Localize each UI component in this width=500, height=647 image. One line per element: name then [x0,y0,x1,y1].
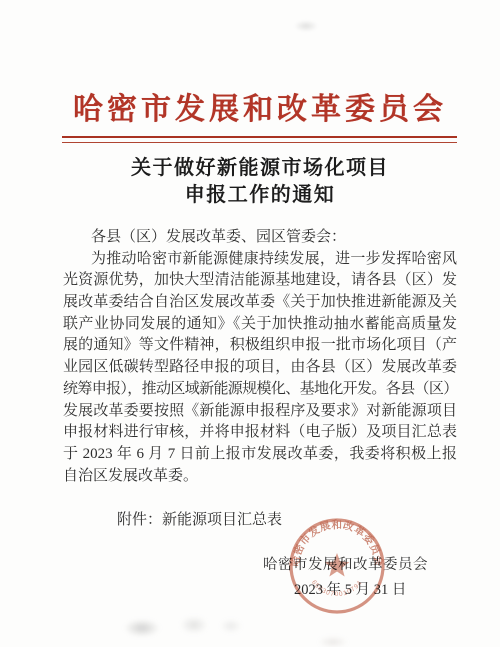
body-line: 联产业协同发展的通知》《关于加快推动抽水蓄能高质量发 [63,314,457,336]
document-title: 关于做好新能源市场化项目 申报工作的通知 [63,155,457,209]
document-title-line2: 申报工作的通知 [63,182,457,209]
scan-smudge [220,619,242,633]
body-line: 发展改革委要按照《新能源申报程序及要求》对新能源项目 [63,401,457,423]
body-line: 光资源优势，加快大型清洁能源基地建设，请各县（区）发 [63,270,457,292]
body-line: 统筹申报），推动区域新能源规模化、基地化开发。各县（区） [63,379,457,401]
body-line: 展改革委结合自治区发展改革委《关于加快推进新能源及关 [63,292,457,314]
body-line: 申报材料进行审核，并将申报材料（电子版）及项目汇总表 [63,422,457,444]
document-title-line1: 关于做好新能源市场化项目 [63,155,457,182]
official-seal: 哈密市发展和改革委员会 6503070010794 [277,506,397,626]
body-line: 于 2023 年 6 月 7 日前上报市发展改革委，我委将积极上报 [63,444,457,466]
body-line: 自治区发展改革委。 [63,466,457,488]
seal-serial-number: 6503070010794 [310,579,364,598]
letterhead-double-rule [62,136,457,143]
scanned-document-page: 哈密市发展和改革委员会 关于做好新能源市场化项目 申报工作的通知 各县（区）发展… [0,0,500,647]
scan-smudge [318,636,348,647]
body-line: 为推动哈密市新能源健康持续发展，进一步发挥哈密风 [63,249,457,271]
salutation-line: 各县（区）发展改革委、园区管委会： [63,227,457,249]
document-body: 各县（区）发展改革委、园区管委会： 为推动哈密市新能源健康持续发展，进一步发挥哈… [63,227,457,487]
body-line: 展的通知》等文件精神，积极组织申报一批市场化项目（产 [63,335,457,357]
letterhead-organization: 哈密市发展和改革委员会 [53,84,467,128]
scan-smudge [294,20,318,32]
scan-smudge [180,616,208,634]
svg-text:6503070010794: 6503070010794 [310,579,364,598]
attachment-line: 附件：新能源项目汇总表 [63,508,457,529]
star-icon [325,553,350,577]
scan-smudge [124,619,160,637]
body-line: 业园区低碳转型路径申报的项目，由各县（区）发展改革委 [63,357,457,379]
